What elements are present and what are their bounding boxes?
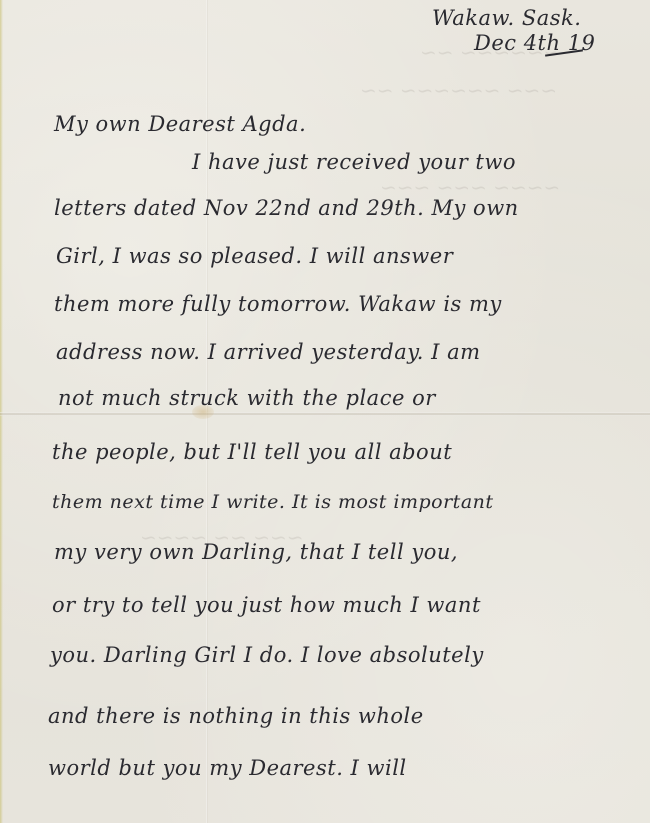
letter-line: my very own Darling, that I tell you, [54, 540, 458, 564]
horizontal-fold-crease [0, 412, 650, 416]
letter-line: or try to tell you just how much I want [52, 593, 481, 617]
letter-line: letters dated Nov 22nd and 29th. My own [54, 196, 519, 220]
letter-line: not much struck with the place or [58, 386, 436, 410]
letter-line: them next time I write. It is most impor… [52, 491, 494, 513]
letter-line: address now. I arrived yesterday. I am [56, 340, 481, 364]
letter-line: and there is nothing in this whole [48, 704, 424, 728]
letter-line: I have just received your two [192, 150, 516, 174]
letter-page: ~~~ ~~~~~~ ~~ ~~~~~~ ~~ ~~~~ ~~~ ~~~ ~~~… [0, 0, 650, 823]
letter-line: the people, but I'll tell you all about [52, 440, 452, 464]
letter-line: them more fully tomorrow. Wakaw is my [54, 292, 502, 316]
bleed-through-text: ~~~ ~~~~~~ ~~ [360, 78, 557, 102]
letter-line: Girl, I was so pleased. I will answer [56, 244, 453, 268]
letter-salutation: My own Dearest Agda. [54, 112, 306, 136]
letter-line: world but you my Dearest. I will [48, 756, 407, 780]
letter-place: Wakaw. Sask. [432, 6, 581, 30]
letter-line: you. Darling Girl I do. I love absolutel… [50, 643, 484, 667]
